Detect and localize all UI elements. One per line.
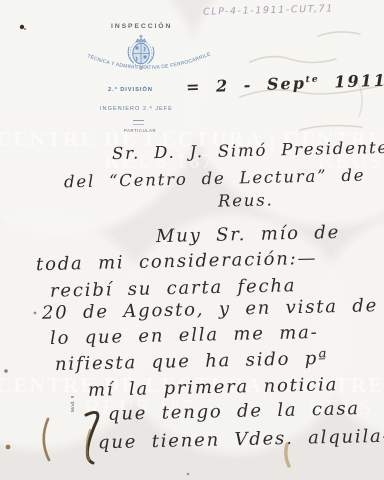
letter-line: Reus. <box>218 190 274 210</box>
letterhead-role: INGENIERO 2.º JEFE <box>100 106 173 112</box>
letterhead-small-print: PARTICULAR <box>124 128 156 133</box>
margin-model-note: Mod. 9 <box>70 395 75 412</box>
date-year: 1911. <box>334 70 384 91</box>
date-month: Sep <box>267 73 307 93</box>
letterhead-arc-text: TÉCNICA Y ADMINISTRATIVA DE FERROCARRILE… <box>84 50 214 80</box>
letterhead-arc-label: TÉCNICA Y ADMINISTRATIVA DE FERROCARRILE… <box>84 50 212 71</box>
letter-line: que tengo de la casa <box>108 398 360 425</box>
archive-reference-pencil: CLP-4-1-1911-CUT,71 <box>203 3 334 17</box>
handwritten-date: = 2 - Septe 1911. <box>186 70 384 96</box>
letter-line: nifiesta que ha sido pª <box>55 348 329 375</box>
letter-line: lo que en ella me ma- <box>50 322 319 349</box>
letterhead-division: 2.ª DIVISIÓN <box>108 87 153 93</box>
letter-line: que tienen Vdes. alquila- <box>98 426 384 454</box>
letterhead-title: INSPECCIÓN <box>111 23 172 30</box>
letterhead-divider <box>133 120 144 125</box>
date-day: = 2 - <box>186 75 253 96</box>
svg-text:TÉCNICA Y ADMINISTRATIVA DE FE: TÉCNICA Y ADMINISTRATIVA DE FERROCARRILE… <box>84 50 212 71</box>
letter-line: Muy Sr. mío de <box>156 222 341 247</box>
scanned-letter-page: CENTRE DE LECTURA | CENTRE DE REUS 187 R… <box>0 0 384 480</box>
letter-line: toda mi consideración:— <box>36 248 318 275</box>
date-month-suffix: te <box>306 75 320 85</box>
